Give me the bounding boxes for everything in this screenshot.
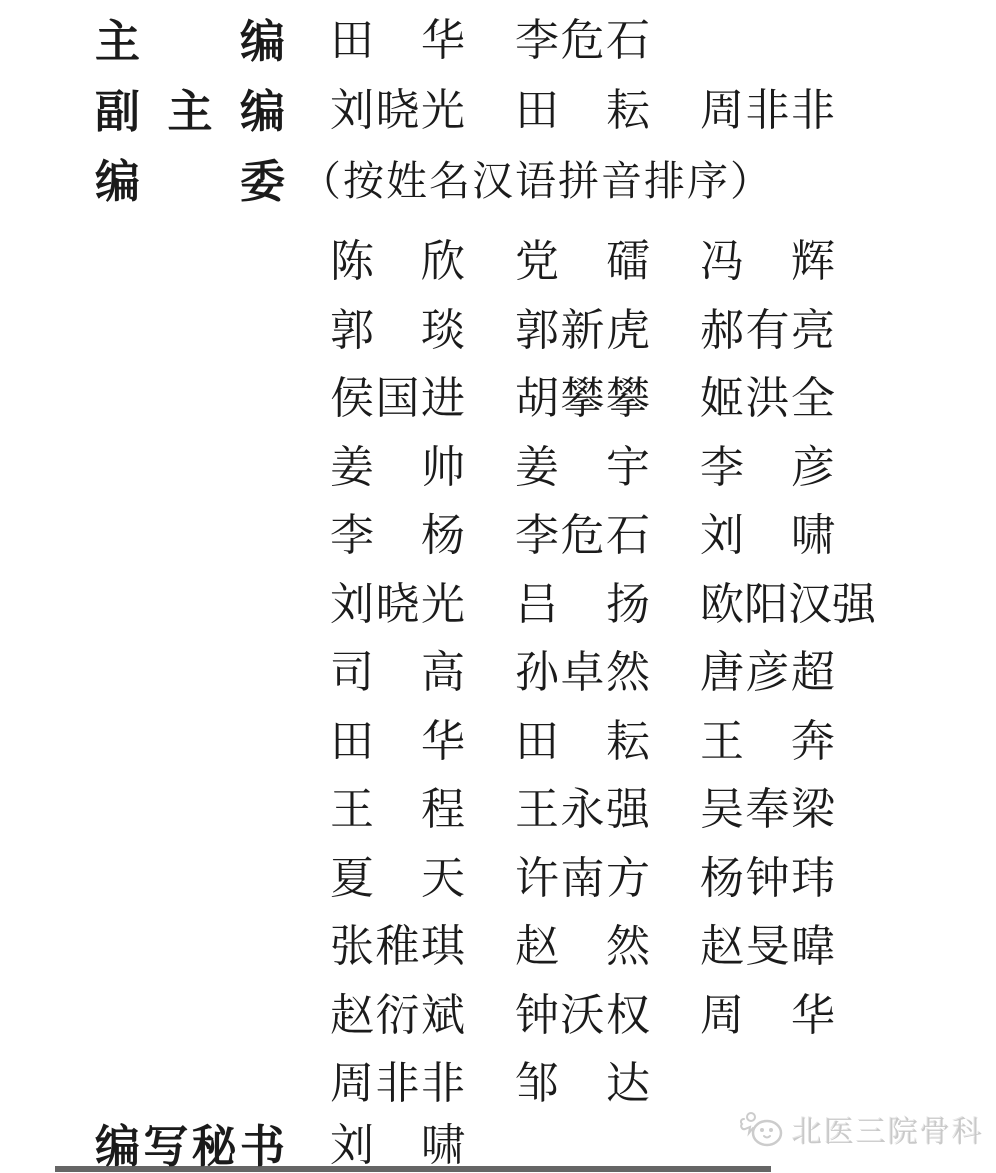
board-row: 田华 田耘 王奔: [0, 708, 996, 777]
chief-editor-row: 主编 田华 李危石: [0, 6, 996, 76]
board-member-name: 唐彦超: [700, 651, 835, 695]
board-row: 夏天 许南方 杨钟玮: [0, 845, 996, 914]
editorial-board-list: 陈欣 党礌 冯辉 郭琰 郭新虎 郝有亮 侯国进 胡攀攀 姬洪全 姜帅 姜宇 李彦…: [0, 228, 996, 1119]
board-member-name: 钟沃权: [515, 994, 650, 1038]
board-member-name: 冯辉: [700, 240, 835, 284]
deputy-editor-name: 刘晓光: [330, 89, 465, 133]
board-member-name: 姜宇: [515, 446, 650, 490]
deputy-chief-editor-row: 副主编 刘晓光 田耘 周非非: [0, 76, 996, 146]
board-member-name: 王奔: [700, 720, 835, 764]
board-row: 侯国进 胡攀攀 姬洪全: [0, 365, 996, 434]
watermark: 北医三院骨科: [740, 1107, 984, 1151]
board-row: 李杨 李危石 刘啸: [0, 502, 996, 571]
board-row: 姜帅 姜宇 李彦: [0, 434, 996, 503]
board-member-name: 刘啸: [700, 514, 835, 558]
board-row: 赵衍斌 钟沃权 周华: [0, 982, 996, 1051]
board-member-name: 陈欣: [330, 240, 465, 284]
secretary-name: 刘啸: [330, 1124, 465, 1168]
board-row: 司高 孙卓然 唐彦超: [0, 639, 996, 708]
secretary-label: 编写秘书: [95, 1124, 285, 1169]
board-member-name: 胡攀攀: [515, 377, 650, 421]
board-member-name: 吴奉梁: [700, 788, 835, 832]
board-member-name: 党礌: [515, 240, 650, 284]
deputy-editor-name: 周非非: [700, 89, 835, 133]
board-member-name: 李危石: [515, 514, 650, 558]
board-member-name: 赵然: [515, 925, 650, 969]
hospital-mascot-icon: [740, 1109, 786, 1149]
board-member-name: 夏天: [330, 857, 465, 901]
board-member-name: 赵旻暐: [700, 925, 835, 969]
board-row: 张稚琪 赵然 赵旻暐: [0, 913, 996, 982]
board-member-name: 李彦: [700, 446, 835, 490]
board-member-name: 田华: [330, 720, 465, 764]
editorial-board-heading-row: 编委 （按姓名汉语拼音排序）: [0, 146, 996, 216]
board-member-name: 周华: [700, 994, 835, 1038]
editorial-board-page: 主编 田华 李危石 副主编 刘晓光 田耘 周非非 编委 （按姓名汉语拼音排序） …: [0, 0, 996, 1173]
board-row: 刘晓光 吕扬 欧阳汉强: [0, 571, 996, 640]
chief-editor-name: 李危石: [515, 19, 650, 63]
board-row: 陈欣 党礌 冯辉: [0, 228, 996, 297]
board-member-name: 孙卓然: [515, 651, 650, 695]
editorial-board-label: 编委: [95, 159, 285, 204]
board-member-name: 吕扬: [515, 583, 650, 627]
board-member-name: 欧阳汉强: [700, 583, 835, 627]
board-member-name: 郭新虎: [515, 309, 650, 353]
deputy-chief-editor-label: 副主编: [95, 89, 285, 134]
board-member-name: 刘晓光: [330, 583, 465, 627]
watermark-text: 北医三院骨科: [792, 1107, 984, 1151]
board-member-name: 杨钟玮: [700, 857, 835, 901]
chief-editor-label: 主编: [95, 19, 285, 64]
board-member-name: 姬洪全: [700, 377, 835, 421]
board-row: 郭琰 郭新虎 郝有亮: [0, 297, 996, 366]
board-member-name: 郝有亮: [700, 309, 835, 353]
board-member-name: 司高: [330, 651, 465, 695]
board-member-name: 田耘: [515, 720, 650, 764]
board-member-name: 王程: [330, 788, 465, 832]
board-member-name: 姜帅: [330, 446, 465, 490]
board-member-name: 侯国进: [330, 377, 465, 421]
board-member-name: 李杨: [330, 514, 465, 558]
board-member-name: 赵衍斌: [330, 994, 465, 1038]
board-member-name: 邹达: [515, 1062, 650, 1106]
board-member-name: 张稚琪: [330, 925, 465, 969]
board-member-name: 王永强: [515, 788, 650, 832]
chief-editor-name: 田华: [330, 19, 465, 63]
pinyin-order-note: （按姓名汉语拼音排序）: [300, 161, 773, 202]
bottom-divider-bar: [55, 1166, 771, 1172]
board-member-name: 郭琰: [330, 309, 465, 353]
board-member-name: 周非非: [330, 1062, 465, 1106]
board-member-name: 许南方: [515, 857, 650, 901]
deputy-editor-name: 田耘: [515, 89, 650, 133]
board-row: 王程 王永强 吴奉梁: [0, 776, 996, 845]
